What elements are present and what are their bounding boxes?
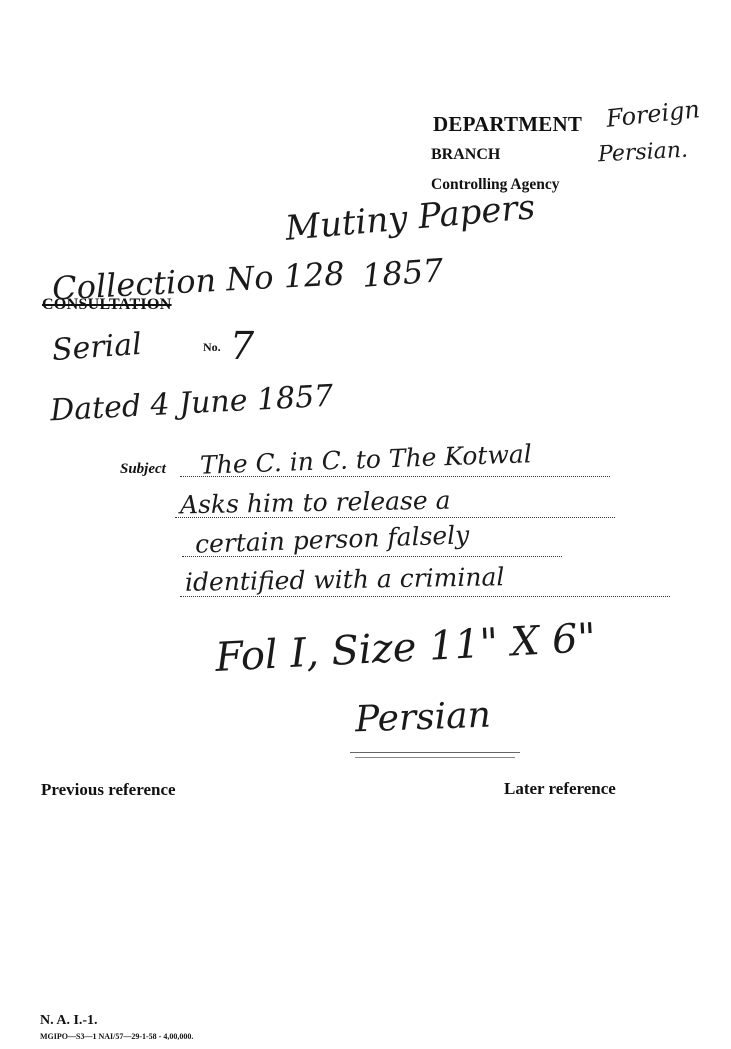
number-label: No. [203, 340, 221, 355]
print-imprint: MGIPO—S3—1 NAI/57—29-1-58 - 4,00,000. [40, 1032, 193, 1041]
department-value-handwritten: Foreign [605, 95, 701, 133]
department-label: DEPARTMENT [433, 112, 582, 137]
language-underline [350, 752, 520, 753]
later-reference-label: Later reference [504, 779, 616, 799]
collection-year-handwritten: 1857 [361, 251, 445, 295]
subject-line-1: The C. in C. to The Kotwal [200, 439, 533, 480]
previous-reference-label: Previous reference [41, 780, 176, 800]
form-code: N. A. I.-1. [40, 1013, 98, 1029]
date-handwritten: Dated 4 June 1857 [49, 379, 334, 429]
serial-handwritten: Serial [51, 327, 143, 368]
subject-dotted-line [180, 596, 670, 597]
branch-label: BRANCH [431, 146, 500, 164]
language-underline [355, 757, 515, 758]
branch-value-handwritten: Persian. [597, 138, 688, 168]
subject-label: Subject [120, 461, 166, 478]
subject-line-3: certain person falsely [195, 520, 470, 559]
consultation-label-struck: CONSULTATION [42, 296, 172, 314]
collection-title-handwritten: Mutiny Papers [284, 187, 537, 249]
language-handwritten: Persian [354, 695, 491, 741]
subject-line-4: identified with a criminal [185, 562, 505, 597]
folio-size-handwritten: Fol I, Size 11" X 6" [214, 615, 597, 681]
subject-line-2: Asks him to release a [180, 486, 451, 520]
number-value-handwritten: 7 [230, 324, 254, 368]
